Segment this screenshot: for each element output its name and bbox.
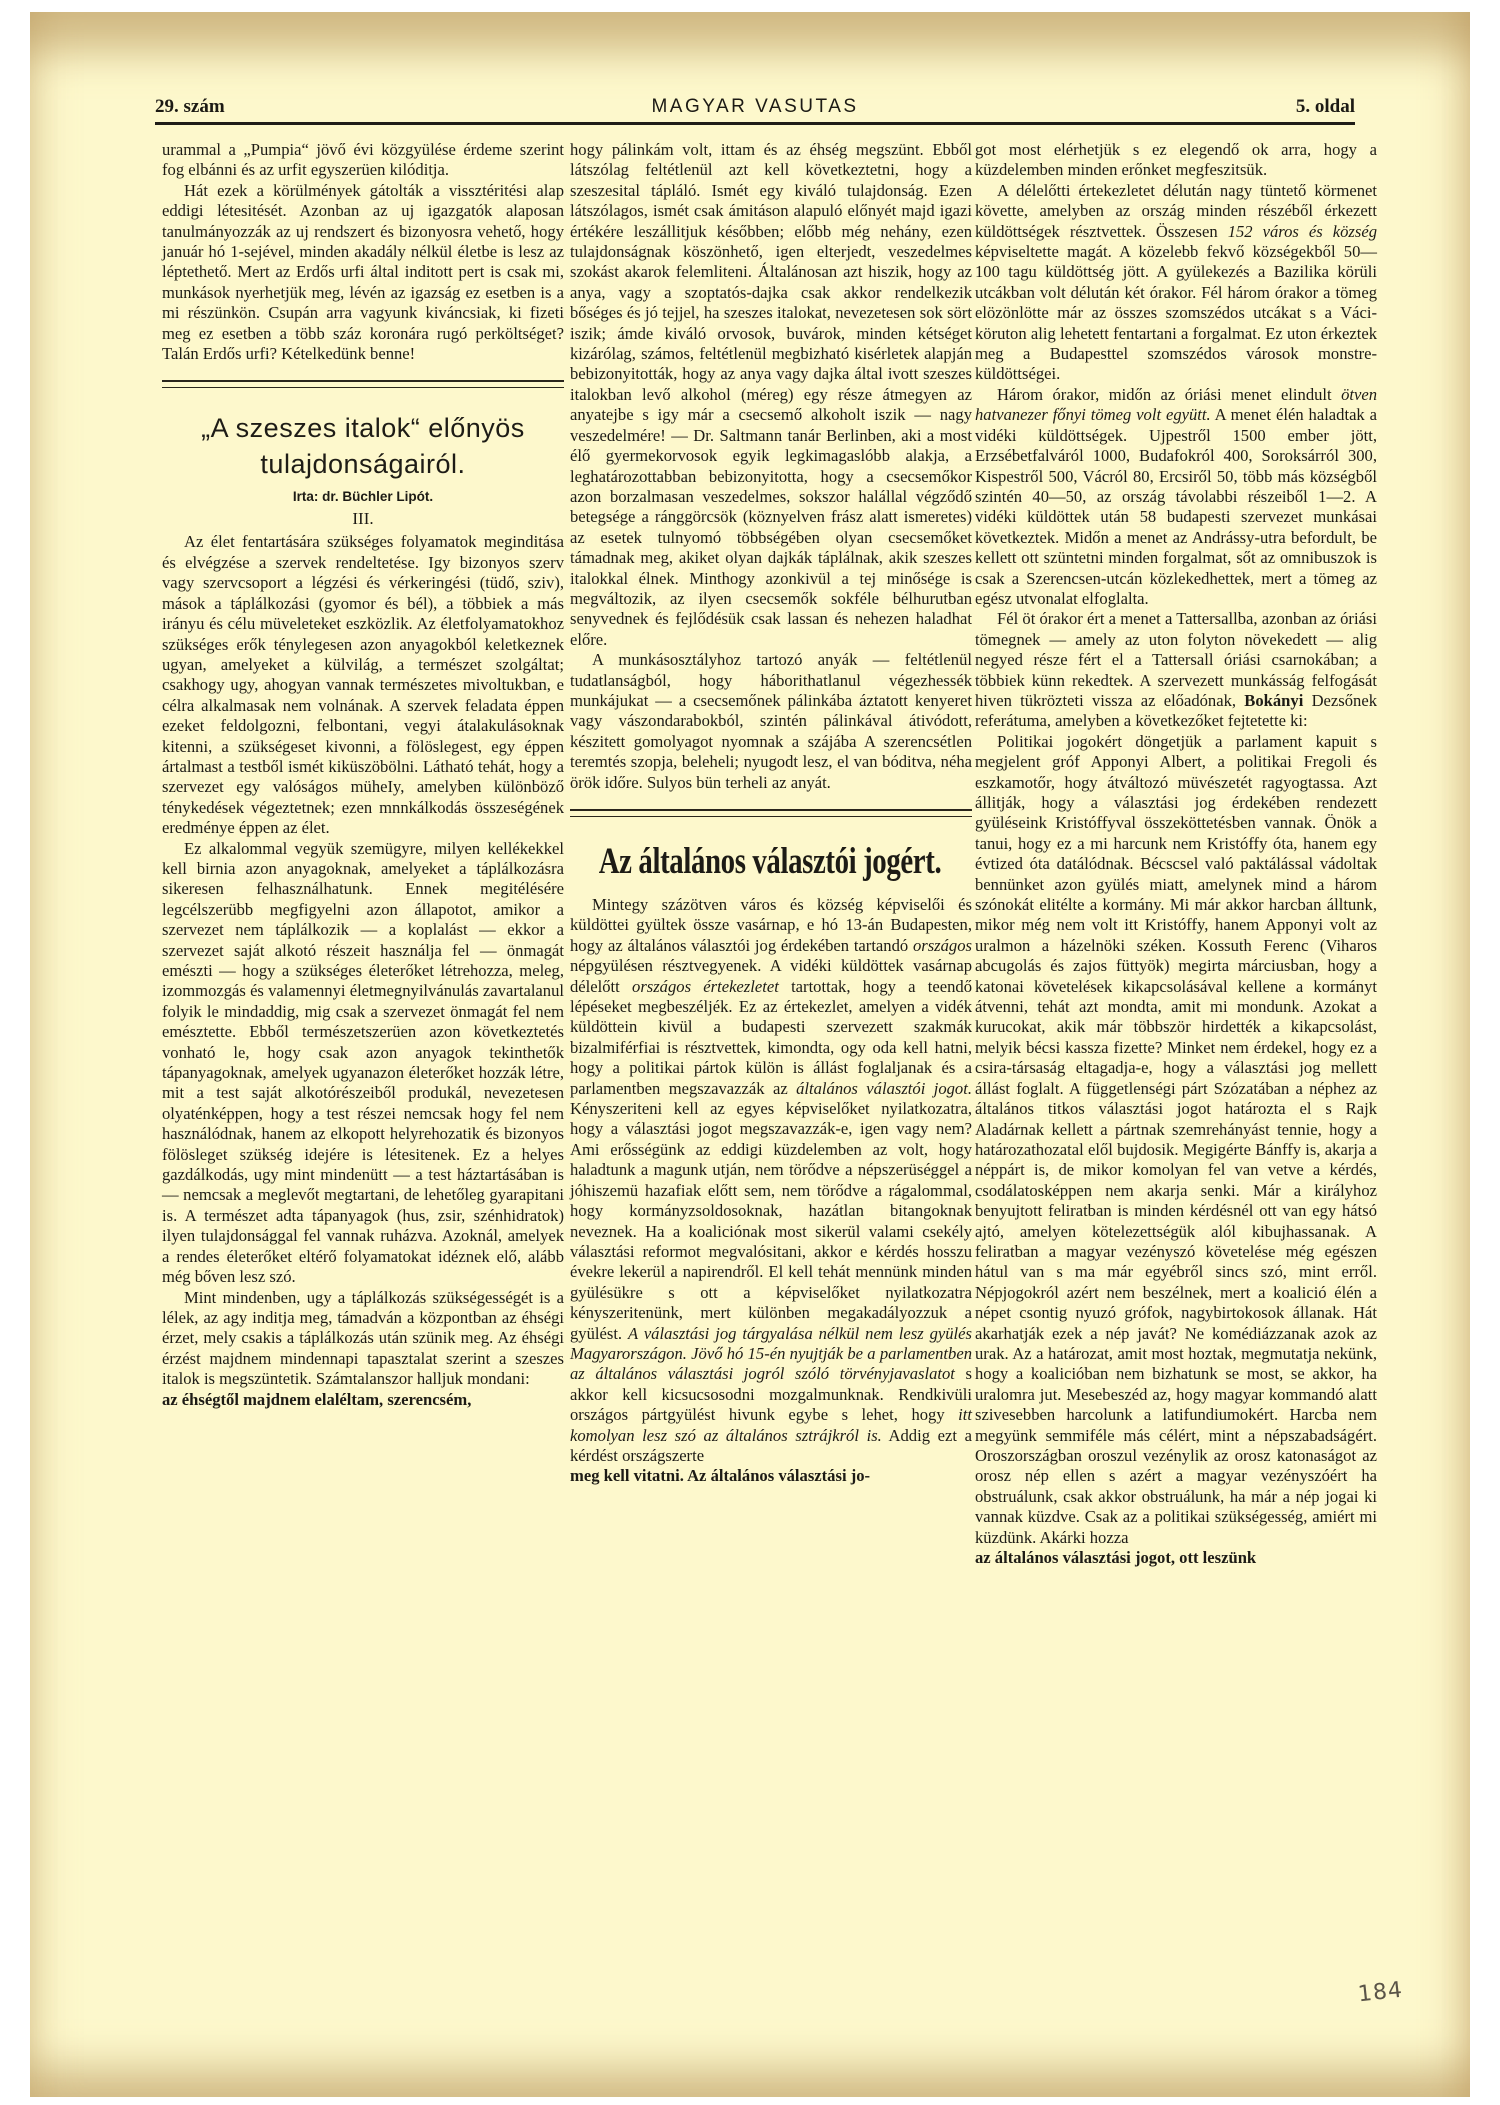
paragraph: Hát ezek a körülmények gátolták a visszt… [162,181,564,365]
paragraph: Mint mindenben, ugy a táplálkozás szüksé… [162,1288,564,1390]
newspaper-title: MAGYAR VASUTAS [155,96,1355,118]
paragraph: Ez alkalommal vegyük szemügyre, milyen k… [162,839,564,1288]
page-number: 5. oldal [1296,96,1355,118]
masthead-rule [155,122,1355,125]
section-divider [162,380,564,388]
archive-page-mark: 184 [1357,1978,1404,2008]
paragraph-bold-tail: meg kell vitatni. Az általános választás… [570,1466,972,1486]
paragraph-bold-tail: az éhségtől majdnem elaléltam, szerencsé… [162,1390,564,1410]
article-title: „A szeszes italok“ előnyös tulajdonságai… [162,410,564,482]
article-part-number: III. [162,508,564,530]
column-2: hogy pálinkám volt, ittam és az éhség me… [570,140,972,1487]
paragraph-bold-tail: az általános választási jogot, ott leszü… [975,1548,1377,1568]
article-byline: Irta: dr. Büchler Lipót. [162,488,564,506]
article-title: Az általános választói jogért. [575,839,965,885]
paragraph: hogy pálinkám volt, ittam és az éhség me… [570,140,972,650]
paragraph: Mintegy százötven város és község képvis… [570,895,972,1466]
section-divider [570,809,972,817]
paragraph: A délelőtti értekezletet délután nagy tü… [975,181,1377,385]
paragraph: got most elérhetjük s ez elegendő ok arr… [975,140,1377,181]
paragraph: Az élet fentartására szükséges folyamato… [162,532,564,838]
paragraph: Politikai jogokért döngetjük a parlament… [975,732,1377,1548]
paragraph: urammal a „Pumpia“ jövő évi közgyülése é… [162,140,564,181]
paragraph: Három órakor, midőn az óriási menet elin… [975,385,1377,609]
paragraph: Fél öt órakor ért a menet a Tattersallba… [975,609,1377,731]
paragraph: A munkásosztályhoz tartozó anyák — felté… [570,650,972,793]
column-3: got most elérhetjük s ez elegendő ok arr… [975,140,1377,1568]
column-1: urammal a „Pumpia“ jövő évi közgyülése é… [162,140,564,1410]
